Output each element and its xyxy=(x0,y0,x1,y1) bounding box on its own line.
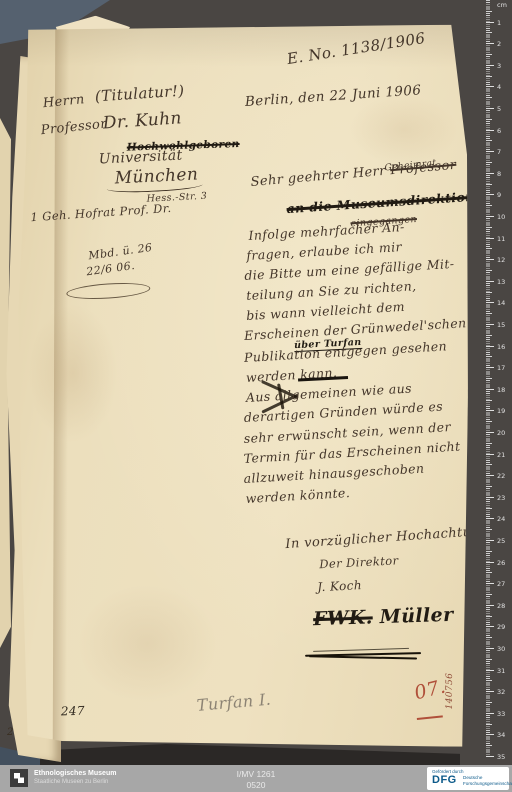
closing-formula: In vorzüglicher Hochachtung xyxy=(285,525,489,551)
signature-struck-part: FWK. xyxy=(313,606,373,630)
body1-line: Publikation entgegen gesehen xyxy=(244,340,448,364)
registry-number: E. No. 1138/1906 xyxy=(286,31,426,67)
dfg-full-name: Deutsche Forschungsgemeinschaft xyxy=(463,775,512,787)
under-page-digit: 2 xyxy=(7,728,14,738)
paper-stain xyxy=(77,583,217,703)
address-margin-note: 1 Geh. Hofrat Prof. Dr. xyxy=(30,203,172,224)
address-name: Dr. Kuhn xyxy=(102,110,182,132)
register-note-line2: 22/6 06. xyxy=(86,260,136,278)
side-number-rotated: 140756 xyxy=(446,673,455,710)
signature-name: Müller xyxy=(379,604,453,628)
signature: FWK. Müller xyxy=(313,606,454,629)
crossed-out-word xyxy=(305,646,423,662)
redirect-struck-line: an die Museumsdirektion xyxy=(286,191,475,216)
body2-line: Termin für das Erscheinen nicht xyxy=(243,441,460,466)
letter-sheet: E. No. 1138/1906 Berlin, den 22 Juni 190… xyxy=(17,23,470,747)
address-institution: Universität xyxy=(98,148,182,166)
greeting-text: Sehr geehrter Herr xyxy=(250,163,391,190)
red-mark-underline xyxy=(417,715,443,720)
closing-initials: J. Koch xyxy=(317,579,362,593)
dfg-name-line2: Forschungsgemeinschaft xyxy=(463,781,512,787)
register-note-flourish xyxy=(66,281,151,302)
body1-line: die Bitte um eine gefällige Mit- xyxy=(244,258,455,283)
closing-role: Der Direktor xyxy=(319,555,399,570)
archival-scan-page: 2 E. No. 1138/1906 Berlin, den 22 Juni 1… xyxy=(0,0,512,792)
ruler: cm 1234567891011121314151617181920212223… xyxy=(486,0,512,762)
dfg-logo: Gefördert durch DFG Deutsche Forschungsg… xyxy=(427,767,509,790)
page-bottom-shadow xyxy=(40,744,460,766)
paper-stain xyxy=(28,303,118,443)
ruler-mm-ticks xyxy=(486,0,490,758)
body2-line: allzuweit hinausgeschoben xyxy=(243,463,424,486)
dfg-abbreviation: DFG xyxy=(432,774,457,786)
page-number: 247 xyxy=(61,705,85,718)
red-mark: 07. xyxy=(413,677,448,703)
address-herrn: Herrn xyxy=(42,93,85,110)
ruler-unit-label: cm xyxy=(497,1,507,9)
bottom-label-turfan: Turfan I. xyxy=(196,692,272,714)
body1-line: werden kann. xyxy=(246,367,338,385)
register-note-line1: Mbd. ü. 26 xyxy=(88,242,153,262)
address-title: Professor xyxy=(40,118,107,138)
address-titulatur: (Titulatur!) xyxy=(95,84,185,105)
paper-stain xyxy=(349,94,459,164)
body2-line: werden könnte. xyxy=(245,487,350,506)
footer-bar: Ethnologisches Museum Staatliche Museen … xyxy=(0,765,512,792)
